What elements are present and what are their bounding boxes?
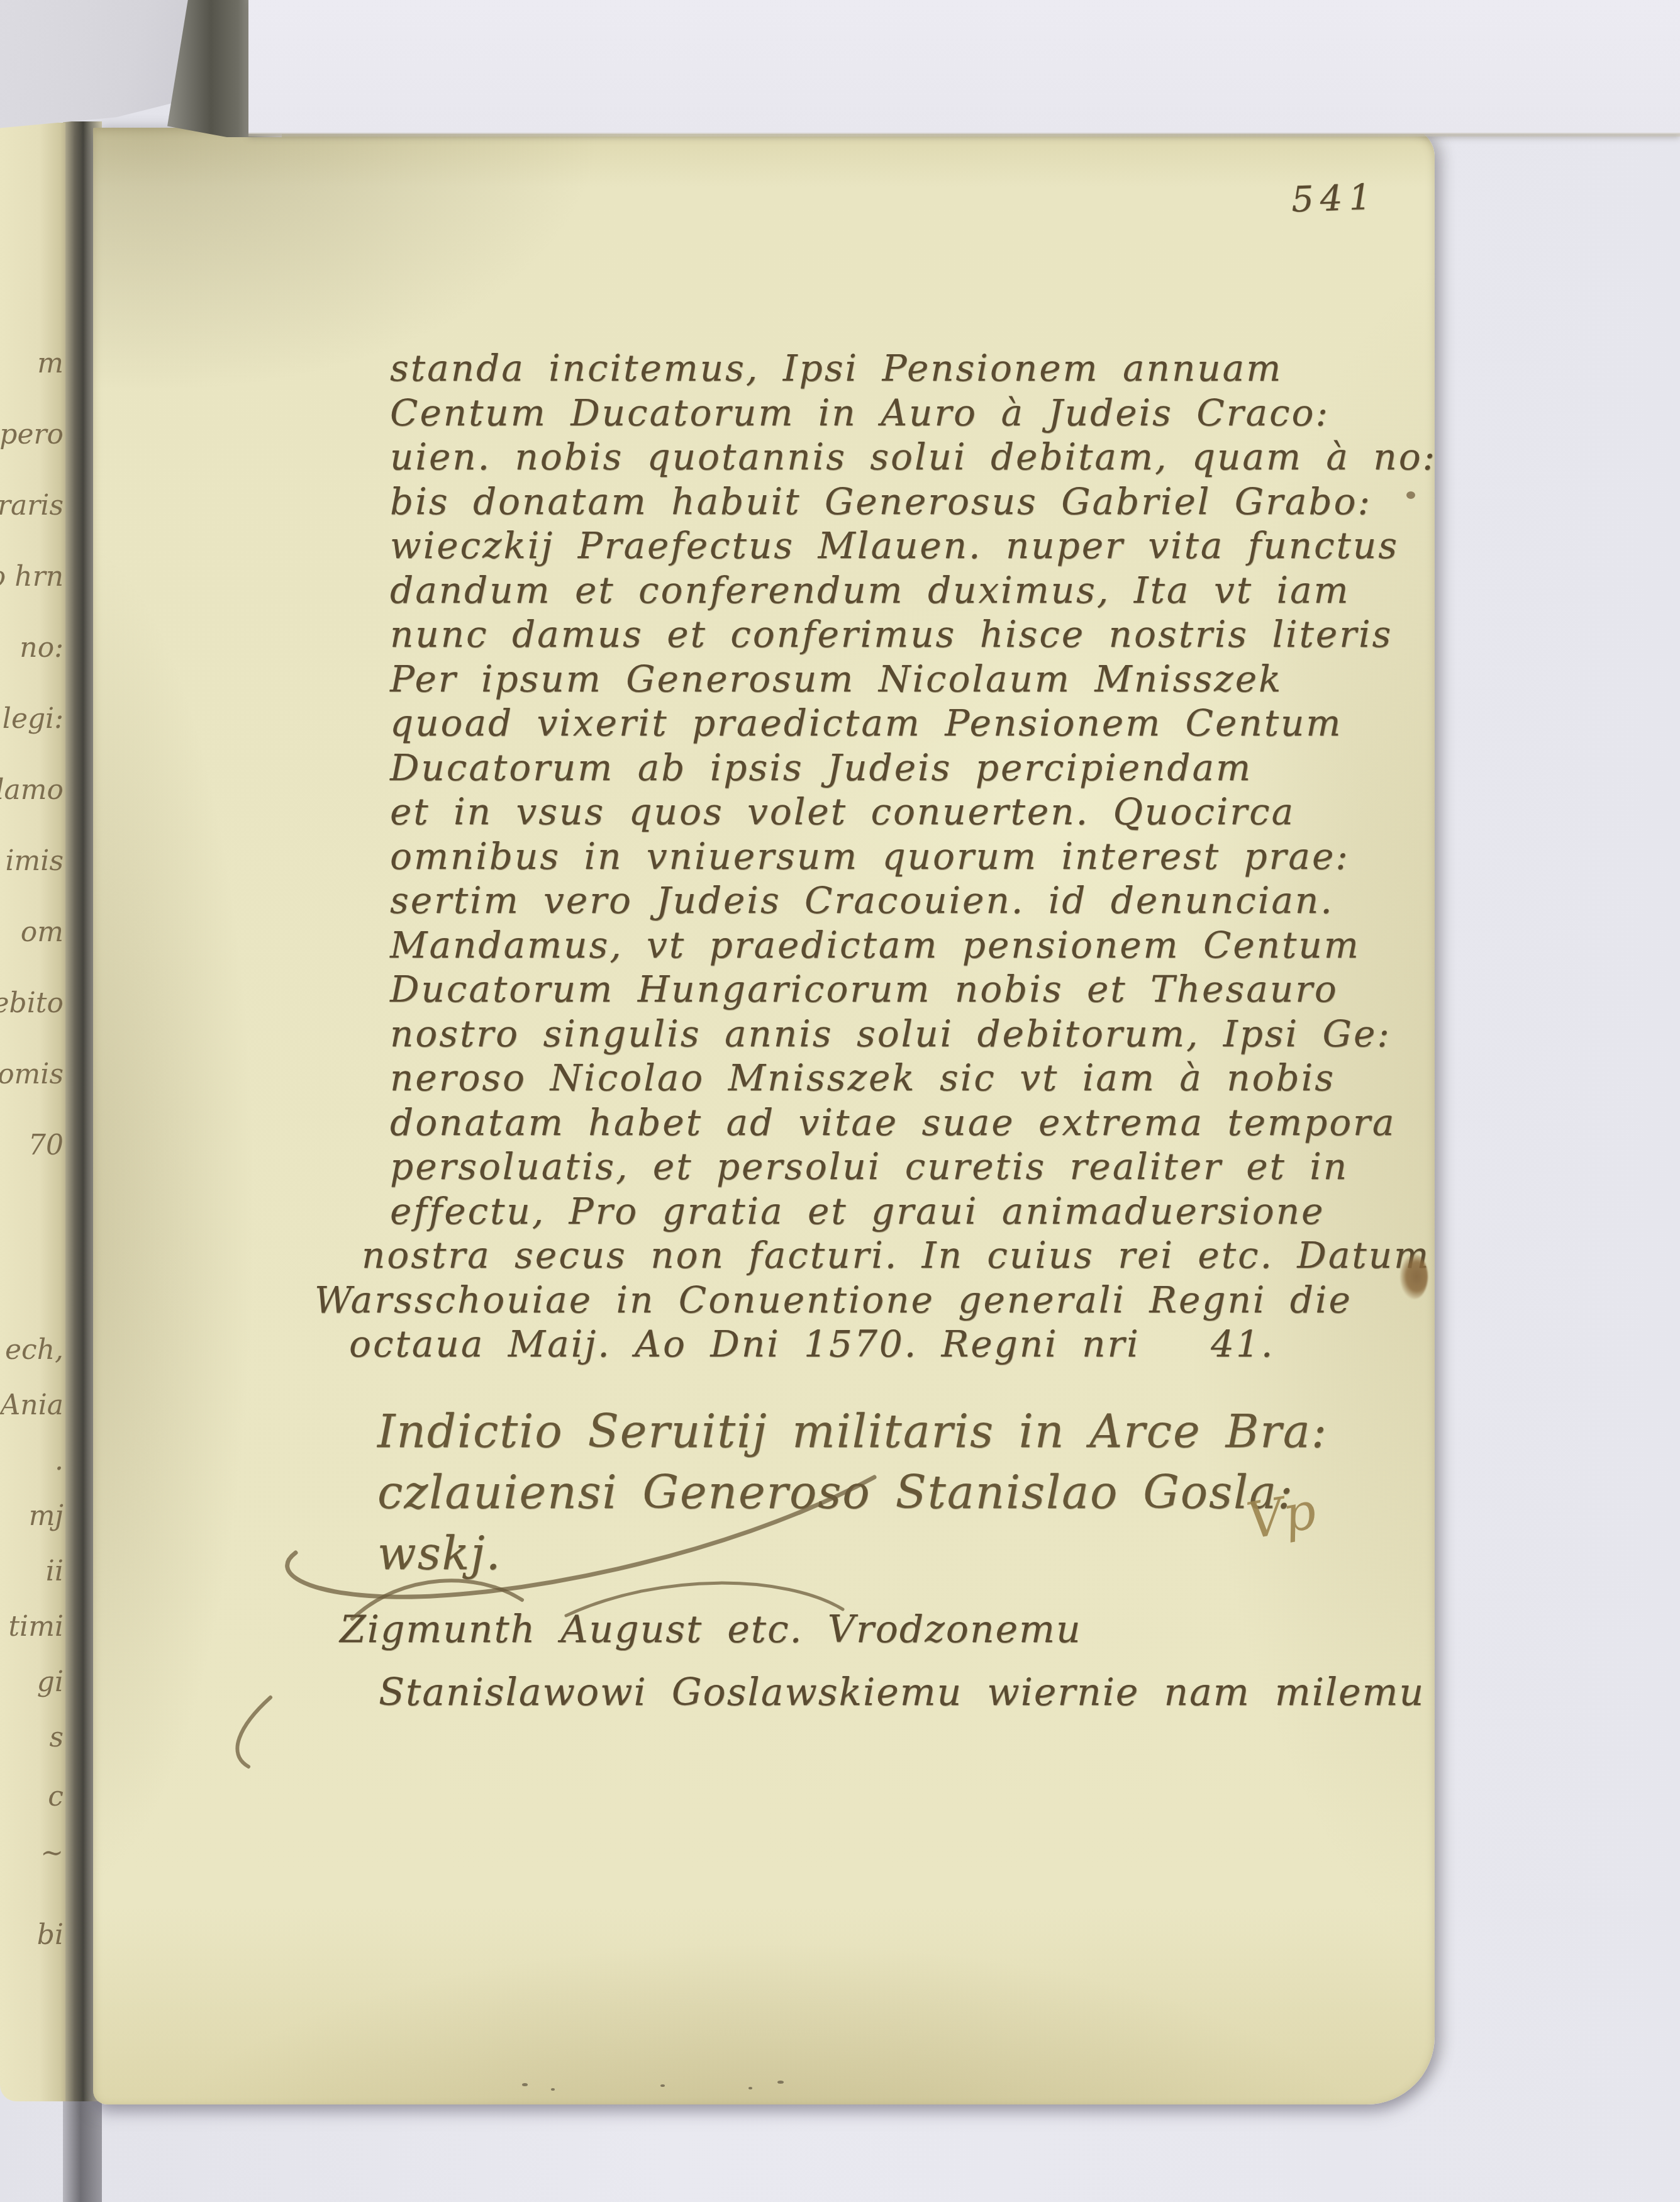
marginal-paraph: Vp <box>1243 1481 1320 1551</box>
margin-fragment: omis <box>0 1058 64 1090</box>
manuscript-line: Centum Ducatorum in Auro à Judeis Craco: <box>390 391 1437 436</box>
margin-fragment: timi <box>8 1611 64 1643</box>
margin-fragment: . <box>55 1445 64 1477</box>
margin-fragment: o hrn <box>0 561 64 593</box>
margin-fragment: mj <box>29 1500 64 1532</box>
margin-fragment: bi <box>37 1919 64 1951</box>
ink-stain <box>1400 1254 1428 1299</box>
manuscript-line: octaua Maij. Ao Dni 1570. Regni nri 41. <box>349 1322 1437 1367</box>
margin-fragment: gi <box>37 1666 64 1698</box>
margin-fragment: m <box>37 347 64 379</box>
margin-fragment: legi: <box>3 703 64 735</box>
margin-fragment: c <box>48 1780 64 1813</box>
manuscript-line: et in vsus quos volet conuerten. Quocirc… <box>390 790 1437 835</box>
dirt-speck <box>777 2081 784 2084</box>
interleaf-sheet <box>248 0 1680 134</box>
heading-line: czlauiensi Generoso Stanislao Gosla: <box>377 1466 1328 1527</box>
polish-note-block: Zigmunth August etc. Vrodzonemu Stanisla… <box>340 1607 1425 1733</box>
margin-fragment: uraris <box>0 489 64 522</box>
manuscript-line: omnibus in vniuersum quorum interest pra… <box>390 835 1437 880</box>
polish-note-line: Zigmunth August etc. Vrodzonemu <box>340 1607 1425 1670</box>
heading-line: wskj. <box>377 1527 1328 1588</box>
margin-fragment: ech, <box>5 1334 64 1366</box>
manuscript-line: sertim vero Judeis Cracouien. id denunci… <box>390 879 1437 924</box>
dirt-speck <box>660 2084 665 2087</box>
heading-block: Indictio Seruitij militaris in Arce Bra:… <box>377 1405 1328 1588</box>
margin-fragment: no: <box>19 632 64 664</box>
manuscript-line: Warsschouiae in Conuentione generali Reg… <box>314 1278 1437 1323</box>
previous-page-edge: m pero uraris o hrn no: legi: lamo imis … <box>0 123 65 2101</box>
manuscript-line: donatam habet ad vitae suae extrema temp… <box>390 1101 1437 1146</box>
manuscript-line: Ducatorum Hungaricorum nobis et Thesauro <box>390 968 1437 1012</box>
margin-fragment: debito <box>0 987 64 1019</box>
ink-stain <box>1406 491 1415 499</box>
manuscript-line: persoluatis, et persolui curetis realite… <box>390 1145 1437 1190</box>
margin-fragment: ~ <box>40 1837 64 1869</box>
margin-fragment: 70 <box>28 1129 64 1161</box>
manuscript-page: 541 standa incitemus, Ipsi Pensionem ann… <box>93 128 1435 2104</box>
dirt-speck <box>522 2083 528 2086</box>
manuscript-line: Ducatorum ab ipsis Judeis percipiendam <box>390 746 1437 791</box>
manuscript-line: dandum et conferendum duximus, Ita vt ia… <box>390 569 1437 613</box>
heading-line: Indictio Seruitij militaris in Arce Bra: <box>377 1405 1328 1466</box>
dirt-speck <box>551 2088 555 2091</box>
margin-fragment: om <box>21 916 64 948</box>
manuscript-line: neroso Nicolao Mnisszek sic vt iam à nob… <box>390 1056 1437 1101</box>
margin-fragment: pero <box>0 418 64 450</box>
margin-fragment: Ania <box>1 1389 64 1421</box>
margin-fragment: lamo <box>0 774 64 806</box>
margin-fragment: s <box>49 1721 64 1753</box>
polish-note-line: Stanislawowi Goslawskiemu wiernie nam mi… <box>379 1670 1425 1733</box>
manuscript-line: uien. nobis quotannis solui debitam, qua… <box>390 435 1437 480</box>
margin-fragment: ii <box>46 1555 64 1587</box>
latin-text-block: standa incitemus, Ipsi Pensionem annuam … <box>390 347 1437 1367</box>
manuscript-line: quoad vixerit praedictam Pensionem Centu… <box>390 701 1437 746</box>
manuscript-line: effectu, Pro gratia et graui animaduersi… <box>390 1190 1437 1234</box>
manuscript-line: nunc damus et conferimus hisce nostris l… <box>390 613 1437 657</box>
page-number: 541 <box>1291 174 1455 220</box>
manuscript-line: Per ipsum Generosum Nicolaum Mnisszek <box>390 657 1437 702</box>
manuscript-line: standa incitemus, Ipsi Pensionem annuam <box>390 347 1437 391</box>
manuscript-line: nostro singulis annis solui debitorum, I… <box>390 1012 1437 1057</box>
manuscript-line: nostra secus non facturi. In cuius rei e… <box>362 1234 1437 1278</box>
manuscript-scan: m pero uraris o hrn no: legi: lamo imis … <box>0 0 1680 2202</box>
manuscript-line: wieczkij Praefectus Mlauen. nuper vita f… <box>390 524 1437 569</box>
margin-fragment: imis <box>6 845 64 877</box>
gutter-fold-lower <box>63 2101 102 2202</box>
manuscript-line: Mandamus, vt praedictam pensionem Centum <box>390 924 1437 968</box>
dirt-speck <box>748 2087 752 2089</box>
manuscript-line: bis donatam habuit Generosus Gabriel Gra… <box>390 480 1437 525</box>
